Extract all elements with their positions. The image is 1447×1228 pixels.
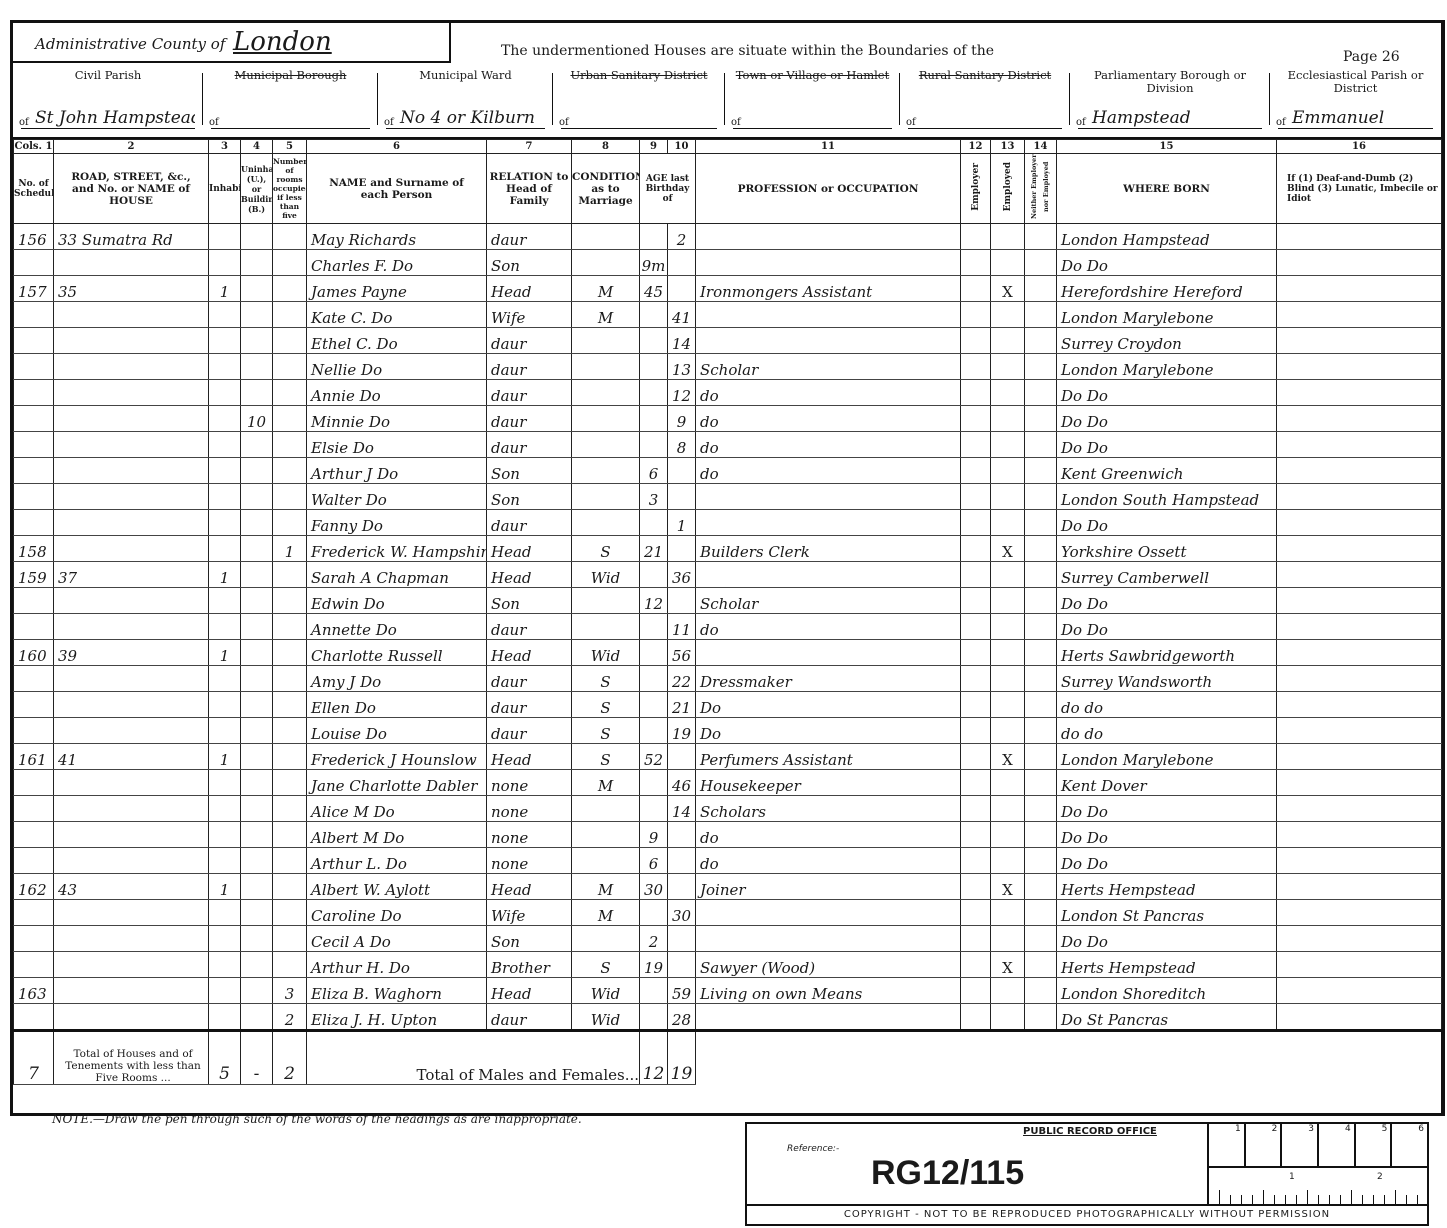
- cell-employed: [991, 848, 1025, 874]
- cell-name: Charles F. Do: [307, 250, 487, 276]
- cell-relation: daur: [487, 432, 572, 458]
- cell-born: Do Do: [1057, 432, 1277, 458]
- cell-neither: [1025, 562, 1057, 588]
- cell-neither: [1025, 796, 1057, 822]
- table-row: Caroline DoWifeM30London St Pancras: [14, 900, 1442, 926]
- cell-female-age: [668, 848, 696, 874]
- cell-uninhab: [241, 484, 273, 510]
- area-heading: Urban Sanitary District: [553, 69, 725, 82]
- cell-schedule: [14, 458, 54, 484]
- cell-condition: S: [572, 952, 640, 978]
- header-neither: Neither Employer nor Employed: [1025, 154, 1057, 224]
- cell-schedule: [14, 354, 54, 380]
- cell-name: Ellen Do: [307, 692, 487, 718]
- cell-inhab: 1: [209, 276, 241, 302]
- cell-neither: [1025, 510, 1057, 536]
- cell-rooms: [273, 354, 307, 380]
- cell-uninhab: [241, 1004, 273, 1031]
- cell-neither: [1025, 354, 1057, 380]
- cell-schedule: 160: [14, 640, 54, 666]
- cell-relation: none: [487, 848, 572, 874]
- totals-blank: [696, 1031, 1442, 1085]
- cell-employer: [961, 536, 991, 562]
- cell-infirm: [1277, 276, 1442, 302]
- cell-road: [54, 692, 209, 718]
- cell-neither: [1025, 536, 1057, 562]
- cell-female-age: [668, 874, 696, 900]
- cell-occupation: Ironmongers Assistant: [696, 276, 961, 302]
- header-road: ROAD, STREET, &c., and No. or NAME of HO…: [54, 154, 209, 224]
- cell-inhab: [209, 432, 241, 458]
- cell-relation: Head: [487, 276, 572, 302]
- cell-condition: [572, 406, 640, 432]
- cell-born: Kent Dover: [1057, 770, 1277, 796]
- cell-occupation: do: [696, 614, 961, 640]
- cell-inhab: [209, 250, 241, 276]
- cell-relation: Head: [487, 874, 572, 900]
- cell-rooms: [273, 562, 307, 588]
- cell-neither: [1025, 744, 1057, 770]
- cell-road: [54, 432, 209, 458]
- cell-born: London Shoreditch: [1057, 978, 1277, 1004]
- cell-male-age: 6: [640, 848, 668, 874]
- table-row: Albert M Donone9doDo Do: [14, 822, 1442, 848]
- cell-rooms: [273, 952, 307, 978]
- cell-born: London Marylebone: [1057, 354, 1277, 380]
- area-prefix: of: [906, 117, 916, 128]
- cell-rooms: [273, 718, 307, 744]
- cell-neither: [1025, 978, 1057, 1004]
- cell-neither: [1025, 250, 1057, 276]
- cell-neither: [1025, 926, 1057, 952]
- cell-female-age: 41: [668, 302, 696, 328]
- cell-neither: [1025, 874, 1057, 900]
- cell-occupation: [696, 926, 961, 952]
- cell-condition: M: [572, 770, 640, 796]
- cell-employer: [961, 926, 991, 952]
- cell-rooms: [273, 302, 307, 328]
- cell-occupation: [696, 250, 961, 276]
- cell-relation: daur: [487, 328, 572, 354]
- cell-male-age: 52: [640, 744, 668, 770]
- table-row: Louise DodaurS19Dodo do: [14, 718, 1442, 744]
- cell-name: Louise Do: [307, 718, 487, 744]
- cell-female-age: 14: [668, 796, 696, 822]
- cell-road: [54, 666, 209, 692]
- cell-infirm: [1277, 432, 1442, 458]
- cell-road: [54, 354, 209, 380]
- cell-uninhab: [241, 978, 273, 1004]
- cell-born: Herefordshire Hereford: [1057, 276, 1277, 302]
- cell-employer: [961, 354, 991, 380]
- cell-relation: none: [487, 822, 572, 848]
- cell-condition: [572, 614, 640, 640]
- cell-schedule: [14, 848, 54, 874]
- header-inhabited: Inhabited: [209, 154, 241, 224]
- cell-infirm: [1277, 302, 1442, 328]
- cell-born: Surrey Camberwell: [1057, 562, 1277, 588]
- area-town-or-village-or-hamlet: Town or Village or Hamletof: [725, 63, 900, 137]
- cell-inhab: [209, 328, 241, 354]
- cell-rooms: [273, 796, 307, 822]
- table-row: 162431Albert W. AylottHeadM30JoinerXHert…: [14, 874, 1442, 900]
- boundary-text: The undermentioned Houses are situate wi…: [501, 43, 994, 59]
- cell-road: [54, 978, 209, 1004]
- cell-relation: Son: [487, 458, 572, 484]
- area-value: [908, 128, 1062, 129]
- cell-female-age: [668, 822, 696, 848]
- cell-uninhab: [241, 354, 273, 380]
- cell-uninhab: [241, 432, 273, 458]
- cell-condition: [572, 380, 640, 406]
- cell-employed: [991, 588, 1025, 614]
- cell-inhab: [209, 224, 241, 250]
- cell-relation: Son: [487, 926, 572, 952]
- cell-occupation: Living on own Means: [696, 978, 961, 1004]
- cell-neither: [1025, 406, 1057, 432]
- cell-employer: [961, 562, 991, 588]
- cell-road: [54, 510, 209, 536]
- cell-employed: [991, 614, 1025, 640]
- cell-uninhab: [241, 510, 273, 536]
- cell-infirm: [1277, 900, 1442, 926]
- cell-employer: [961, 588, 991, 614]
- cell-employer: [961, 952, 991, 978]
- col-number: 11: [696, 140, 961, 154]
- cell-male-age: 21: [640, 536, 668, 562]
- cell-uninhab: [241, 718, 273, 744]
- cell-employed: [991, 406, 1025, 432]
- cell-condition: Wid: [572, 562, 640, 588]
- cell-employer: [961, 614, 991, 640]
- scale-cell: 1: [1209, 1124, 1246, 1166]
- cell-employed: [991, 718, 1025, 744]
- cell-employed: X: [991, 874, 1025, 900]
- cell-schedule: [14, 614, 54, 640]
- scale-cell: 5: [1356, 1124, 1393, 1166]
- cell-infirm: [1277, 588, 1442, 614]
- cell-born: Do Do: [1057, 250, 1277, 276]
- col-number: 16: [1277, 140, 1442, 154]
- cell-relation: daur: [487, 718, 572, 744]
- cell-inhab: [209, 796, 241, 822]
- cell-employed: [991, 458, 1025, 484]
- cell-uninhab: [241, 666, 273, 692]
- cell-occupation: Perfumers Assistant: [696, 744, 961, 770]
- cell-neither: [1025, 432, 1057, 458]
- admin-county-label: Administrative County of: [35, 35, 225, 53]
- cell-inhab: [209, 1004, 241, 1031]
- col-number: 7: [487, 140, 572, 154]
- cell-schedule: [14, 432, 54, 458]
- scale-cell: 2: [1246, 1124, 1283, 1166]
- cell-road: 37: [54, 562, 209, 588]
- cell-relation: Head: [487, 536, 572, 562]
- cell-inhab: [209, 588, 241, 614]
- col-number: 10: [668, 140, 696, 154]
- total-uninhabited: -: [241, 1031, 273, 1085]
- cell-employer: [961, 978, 991, 1004]
- area-heading: Municipal Ward: [378, 69, 553, 82]
- cell-occupation: do: [696, 822, 961, 848]
- cell-infirm: [1277, 978, 1442, 1004]
- cell-inhab: [209, 926, 241, 952]
- cell-employed: [991, 328, 1025, 354]
- cell-employer: [961, 224, 991, 250]
- cell-infirm: [1277, 224, 1442, 250]
- cell-name: Cecil A Do: [307, 926, 487, 952]
- area-prefix: of: [209, 117, 219, 128]
- table-row: Annie Dodaur12doDo Do: [14, 380, 1442, 406]
- ruler-label: 1: [1289, 1172, 1295, 1182]
- table-row: Ellen DodaurS21Dodo do: [14, 692, 1442, 718]
- col-number: Cols. 1: [14, 140, 54, 154]
- table-row: 160391Charlotte RussellHeadWid56Herts Sa…: [14, 640, 1442, 666]
- cell-rooms: [273, 380, 307, 406]
- cell-occupation: do: [696, 848, 961, 874]
- cell-female-age: 9: [668, 406, 696, 432]
- area-heading: Municipal Borough: [203, 69, 378, 82]
- cell-neither: [1025, 224, 1057, 250]
- cell-rooms: [273, 224, 307, 250]
- cell-uninhab: [241, 224, 273, 250]
- cell-born: Surrey Wandsworth: [1057, 666, 1277, 692]
- cell-infirm: [1277, 614, 1442, 640]
- scale-cell: 4: [1319, 1124, 1356, 1166]
- cell-male-age: [640, 406, 668, 432]
- cell-employer: [961, 874, 991, 900]
- cell-employer: [961, 900, 991, 926]
- cell-female-age: [668, 250, 696, 276]
- cell-road: [54, 718, 209, 744]
- cell-road: [54, 406, 209, 432]
- cell-infirm: [1277, 744, 1442, 770]
- cell-infirm: [1277, 718, 1442, 744]
- cell-born: Do Do: [1057, 848, 1277, 874]
- table-row: Fanny Dodaur1Do Do: [14, 510, 1442, 536]
- table-row: Arthur J DoSon6doKent Greenwich: [14, 458, 1442, 484]
- cell-occupation: [696, 224, 961, 250]
- cell-road: [54, 588, 209, 614]
- cell-name: Fanny Do: [307, 510, 487, 536]
- cell-employer: [961, 666, 991, 692]
- header-employer: Employer: [961, 154, 991, 224]
- cell-occupation: Sawyer (Wood): [696, 952, 961, 978]
- cell-road: [54, 614, 209, 640]
- cell-infirm: [1277, 874, 1442, 900]
- header-employed: Employed: [991, 154, 1025, 224]
- public-record-office-stamp: PUBLIC RECORD OFFICE Reference:- RG12/11…: [745, 1122, 1429, 1226]
- cell-schedule: [14, 510, 54, 536]
- sheet-header: Administrative County of London The unde…: [13, 23, 1441, 63]
- cell-name: Alice M Do: [307, 796, 487, 822]
- cell-occupation: [696, 510, 961, 536]
- cell-male-age: 3: [640, 484, 668, 510]
- cell-road: [54, 822, 209, 848]
- cell-inhab: 1: [209, 874, 241, 900]
- cell-uninhab: [241, 380, 273, 406]
- cell-name: Charlotte Russell: [307, 640, 487, 666]
- footer-note: NOTE.—Draw the pen through such of the w…: [52, 1112, 582, 1126]
- cell-relation: daur: [487, 666, 572, 692]
- cell-female-age: 36: [668, 562, 696, 588]
- cell-neither: [1025, 640, 1057, 666]
- cell-infirm: [1277, 822, 1442, 848]
- reference-label: Reference:-: [787, 1144, 839, 1154]
- cell-occupation: Scholars: [696, 796, 961, 822]
- cell-infirm: [1277, 1004, 1442, 1031]
- cell-inhab: [209, 510, 241, 536]
- cell-inhab: [209, 718, 241, 744]
- header-age: AGE last Birthday of: [640, 154, 696, 224]
- area-heading: Town or Village or Hamlet: [725, 69, 900, 82]
- cell-female-age: 21: [668, 692, 696, 718]
- cell-condition: S: [572, 666, 640, 692]
- cell-inhab: [209, 536, 241, 562]
- cell-employer: [961, 822, 991, 848]
- cell-relation: Head: [487, 978, 572, 1004]
- cell-male-age: [640, 900, 668, 926]
- office-label: PUBLIC RECORD OFFICE: [1023, 1126, 1157, 1137]
- cell-neither: [1025, 380, 1057, 406]
- cell-neither: [1025, 302, 1057, 328]
- cell-occupation: Builders Clerk: [696, 536, 961, 562]
- cell-occupation: [696, 1004, 961, 1031]
- cell-uninhab: [241, 848, 273, 874]
- cell-relation: Head: [487, 562, 572, 588]
- cell-road: [54, 848, 209, 874]
- cell-female-age: [668, 536, 696, 562]
- cell-neither: [1025, 770, 1057, 796]
- cell-female-age: 59: [668, 978, 696, 1004]
- cell-road: [54, 536, 209, 562]
- cell-name: Walter Do: [307, 484, 487, 510]
- cell-uninhab: [241, 822, 273, 848]
- cell-employer: [961, 432, 991, 458]
- cell-relation: none: [487, 770, 572, 796]
- cell-born: Do Do: [1057, 822, 1277, 848]
- cell-condition: [572, 328, 640, 354]
- cell-condition: Wid: [572, 978, 640, 1004]
- cell-female-age: 14: [668, 328, 696, 354]
- area-value: [733, 128, 892, 129]
- table-row: Charles F. DoSon9mDo Do: [14, 250, 1442, 276]
- cell-male-age: [640, 796, 668, 822]
- cell-road: [54, 250, 209, 276]
- cell-road: 39: [54, 640, 209, 666]
- cell-condition: S: [572, 692, 640, 718]
- cell-infirm: [1277, 640, 1442, 666]
- cell-condition: S: [572, 744, 640, 770]
- cell-female-age: 11: [668, 614, 696, 640]
- col-number: 6: [307, 140, 487, 154]
- cell-uninhab: [241, 952, 273, 978]
- table-row: Jane Charlotte DablernoneM46HousekeeperK…: [14, 770, 1442, 796]
- header-infirmity: If (1) Deaf-and-Dumb (2) Blind (3) Lunat…: [1277, 154, 1442, 224]
- area-headings: Civil ParishofSt John HampsteadMunicipal…: [13, 63, 1441, 139]
- table-row: Annette Dodaur11doDo Do: [14, 614, 1442, 640]
- cell-employed: [991, 380, 1025, 406]
- cell-born: do do: [1057, 718, 1277, 744]
- cell-rooms: [273, 744, 307, 770]
- cell-relation: none: [487, 796, 572, 822]
- cell-uninhab: 10: [241, 406, 273, 432]
- cell-born: Surrey Croydon: [1057, 328, 1277, 354]
- cell-male-age: [640, 978, 668, 1004]
- cell-name: Albert M Do: [307, 822, 487, 848]
- cell-name: James Payne: [307, 276, 487, 302]
- cell-employed: [991, 224, 1025, 250]
- cell-male-age: [640, 692, 668, 718]
- cell-condition: M: [572, 302, 640, 328]
- cell-inhab: 1: [209, 562, 241, 588]
- scale-block: 123456 12: [1207, 1124, 1429, 1204]
- cell-rooms: [273, 926, 307, 952]
- cell-name: Elsie Do: [307, 432, 487, 458]
- cell-male-age: 6: [640, 458, 668, 484]
- total-females: 19: [668, 1031, 696, 1085]
- total-inhabited: 5: [209, 1031, 241, 1085]
- cell-neither: [1025, 328, 1057, 354]
- cell-infirm: [1277, 328, 1442, 354]
- col-number: 2: [54, 140, 209, 154]
- cell-occupation: do: [696, 406, 961, 432]
- table-row: 161411Frederick J HounslowHeadS52Perfume…: [14, 744, 1442, 770]
- cell-condition: [572, 588, 640, 614]
- cell-female-age: 12: [668, 380, 696, 406]
- cell-uninhab: [241, 588, 273, 614]
- admin-county-value: London: [233, 27, 332, 57]
- cell-schedule: 156: [14, 224, 54, 250]
- cell-employed: [991, 354, 1025, 380]
- cell-female-age: 46: [668, 770, 696, 796]
- cell-inhab: [209, 848, 241, 874]
- area-parliamentary-borough-or-division: Parliamentary Borough or DivisionofHamps…: [1070, 63, 1270, 137]
- cell-infirm: [1277, 406, 1442, 432]
- cell-male-age: [640, 432, 668, 458]
- table-row: Cecil A DoSon2Do Do: [14, 926, 1442, 952]
- cell-female-age: 56: [668, 640, 696, 666]
- cell-employed: [991, 1004, 1025, 1031]
- cell-inhab: [209, 952, 241, 978]
- area-heading: Parliamentary Borough or Division: [1070, 69, 1270, 95]
- cell-neither: [1025, 822, 1057, 848]
- cell-name: Kate C. Do: [307, 302, 487, 328]
- cell-neither: [1025, 614, 1057, 640]
- cell-male-age: [640, 302, 668, 328]
- cell-relation: daur: [487, 1004, 572, 1031]
- cell-road: 43: [54, 874, 209, 900]
- col-number: 14: [1025, 140, 1057, 154]
- cell-employer: [961, 510, 991, 536]
- cell-relation: daur: [487, 614, 572, 640]
- cell-female-age: [668, 588, 696, 614]
- cell-male-age: [640, 510, 668, 536]
- header-schedule: No. of Schedule: [14, 154, 54, 224]
- cell-female-age: 19: [668, 718, 696, 744]
- cell-name: Nellie Do: [307, 354, 487, 380]
- cell-condition: [572, 926, 640, 952]
- cell-name: Caroline Do: [307, 900, 487, 926]
- cell-schedule: [14, 770, 54, 796]
- cell-male-age: 12: [640, 588, 668, 614]
- cell-road: [54, 1004, 209, 1031]
- cell-relation: daur: [487, 510, 572, 536]
- area-value: St John Hampstead: [21, 108, 195, 129]
- cell-employed: [991, 302, 1025, 328]
- cell-employer: [961, 484, 991, 510]
- cell-female-age: 13: [668, 354, 696, 380]
